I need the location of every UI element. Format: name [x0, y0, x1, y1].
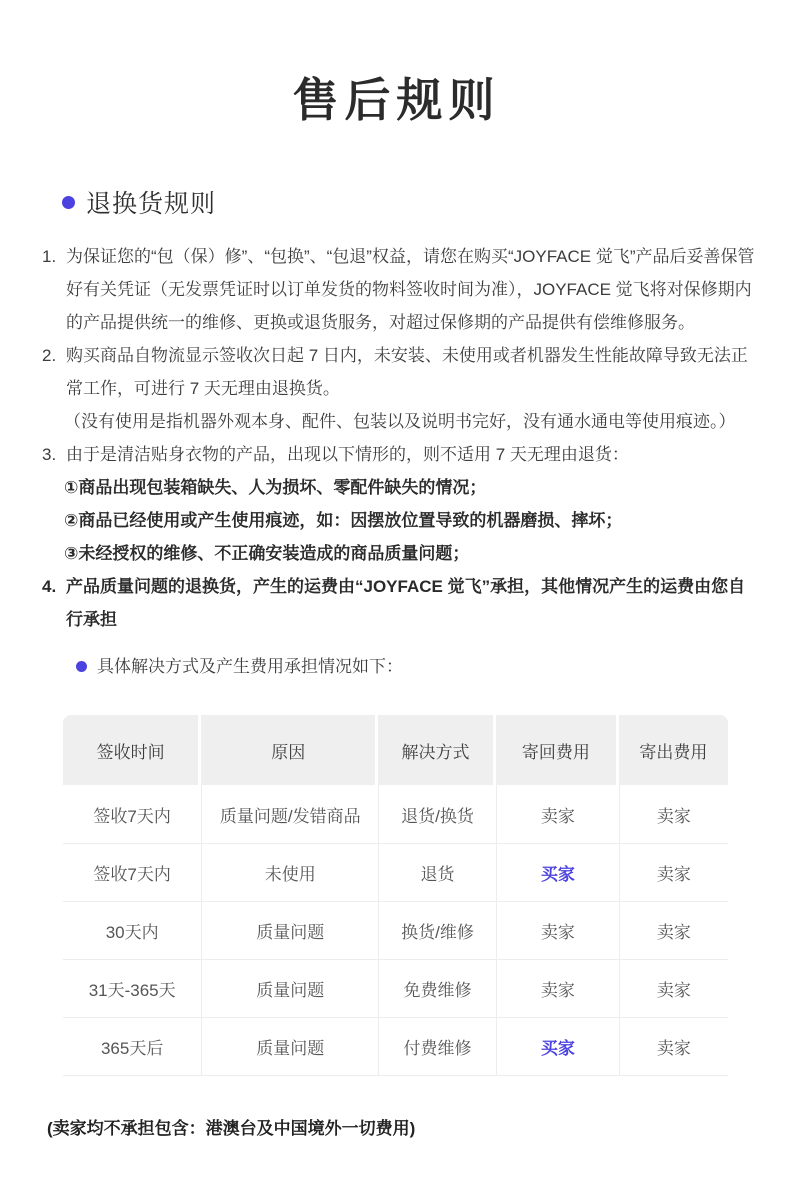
- rule-item-2: 2. 购买商品自物流显示签收次日起 7 日内，未安装、未使用或者机器发生性能故障…: [42, 339, 755, 405]
- table-intro-text: 具体解决方式及产生费用承担情况如下：: [97, 650, 403, 683]
- table-cell: 免费维修: [378, 960, 496, 1017]
- table-cell: 签收7天内: [63, 844, 201, 901]
- bullet-dot-icon: [62, 196, 75, 209]
- table-cell: 卖家: [496, 785, 619, 843]
- table-row: 签收7天内质量问题/发错商品退货/换货卖家卖家: [63, 785, 728, 843]
- rule-item-2-note: （没有使用是指机器外观本身、配件、包装以及说明书完好，没有通水通电等使用痕迹。）: [42, 405, 755, 438]
- table-cell: 卖家: [619, 960, 728, 1017]
- table-cell: 换货/维修: [378, 902, 496, 959]
- table-cell: 退货/换货: [378, 785, 496, 843]
- table-header-row: 签收时间原因解决方式寄回费用寄出费用: [63, 715, 728, 785]
- table-cell: 买家: [496, 844, 619, 901]
- table-row: 365天后质量问题付费维修买家卖家: [63, 1017, 728, 1075]
- table-intro-line: 具体解决方式及产生费用承担情况如下：: [76, 650, 755, 683]
- bullet-dot-icon: [76, 661, 87, 672]
- fees-table: 签收时间原因解决方式寄回费用寄出费用 签收7天内质量问题/发错商品退货/换货卖家…: [63, 715, 728, 1076]
- table-cell: 质量问题: [201, 1018, 378, 1075]
- table-header-cell: 签收时间: [63, 715, 201, 785]
- section-heading-returns: 退换货规则: [62, 184, 755, 220]
- rule-item-3: 3. 由于是清洁贴身衣物的产品，出现以下情形的，则不适用 7 天无理由退货：: [42, 438, 755, 471]
- table-cell: 31天-365天: [63, 960, 201, 1017]
- table-row: 31天-365天质量问题免费维修卖家卖家: [63, 959, 728, 1017]
- table-cell: 退货: [378, 844, 496, 901]
- table-cell: 卖家: [496, 902, 619, 959]
- rule-text: 为保证您的“包（保）修”、“包换”、“包退”权益，请您在购买“JOYFACE 觉…: [66, 247, 754, 332]
- rule-text: 购买商品自物流显示签收次日起 7 日内，未安装、未使用或者机器发生性能故障导致无…: [66, 346, 748, 398]
- table-cell: 付费维修: [378, 1018, 496, 1075]
- rule-number: 1.: [42, 240, 56, 273]
- rule-text: 产品质量问题的退换货，产生的运费由“JOYFACE 觉飞”承担，其他情况产生的运…: [66, 577, 745, 629]
- table-header-cell: 寄出费用: [619, 715, 728, 785]
- table-header-cell: 寄回费用: [496, 715, 619, 785]
- table-cell: 质量问题: [201, 960, 378, 1017]
- table-cell: 质量问题: [201, 902, 378, 959]
- table-cell: 买家: [496, 1018, 619, 1075]
- rules-list: 1. 为保证您的“包（保）修”、“包换”、“包退”权益，请您在购买“JOYFAC…: [42, 240, 755, 683]
- table-cell: 未使用: [201, 844, 378, 901]
- rule-number: 2.: [42, 339, 56, 372]
- table-cell: 卖家: [619, 902, 728, 959]
- table-cell: 质量问题/发错商品: [201, 785, 378, 843]
- table-cell: 卖家: [619, 1018, 728, 1075]
- rule-text: 由于是清洁贴身衣物的产品，出现以下情形的，则不适用 7 天无理由退货：: [66, 445, 629, 464]
- table-cell: 30天内: [63, 902, 201, 959]
- rule-item-3-sub-3: ③未经授权的维修、不正确安装造成的商品质量问题；: [42, 537, 755, 570]
- rule-number: 3.: [42, 438, 56, 471]
- after-sales-page: 售后规则 退换货规则 1. 为保证您的“包（保）修”、“包换”、“包退”权益，请…: [0, 64, 790, 1139]
- table-row: 签收7天内未使用退货买家卖家: [63, 843, 728, 901]
- rule-item-4: 4. 产品质量问题的退换货，产生的运费由“JOYFACE 觉飞”承担，其他情况产…: [42, 570, 755, 636]
- table-header-cell: 原因: [201, 715, 378, 785]
- page-title: 售后规则: [38, 64, 755, 130]
- table-row: 30天内质量问题换货/维修卖家卖家: [63, 901, 728, 959]
- rule-item-3-sub-1: ①商品出现包装箱缺失、人为损坏、零配件缺失的情况；: [42, 471, 755, 504]
- table-cell: 卖家: [619, 785, 728, 843]
- section-title: 退换货规则: [86, 184, 216, 220]
- footnote: (卖家均不承担包含：港澳台及中国境外一切费用): [47, 1114, 755, 1139]
- rule-item-3-sub-2: ②商品已经使用或产生使用痕迹，如：因摆放位置导致的机器磨损、摔坏；: [42, 504, 755, 537]
- table-cell: 签收7天内: [63, 785, 201, 843]
- table-header-cell: 解决方式: [378, 715, 496, 785]
- table-cell: 卖家: [496, 960, 619, 1017]
- table-body: 签收7天内质量问题/发错商品退货/换货卖家卖家签收7天内未使用退货买家卖家30天…: [63, 785, 728, 1076]
- rule-item-1: 1. 为保证您的“包（保）修”、“包换”、“包退”权益，请您在购买“JOYFAC…: [42, 240, 755, 339]
- table-cell: 卖家: [619, 844, 728, 901]
- table-cell: 365天后: [63, 1018, 201, 1075]
- rule-number: 4.: [42, 570, 56, 603]
